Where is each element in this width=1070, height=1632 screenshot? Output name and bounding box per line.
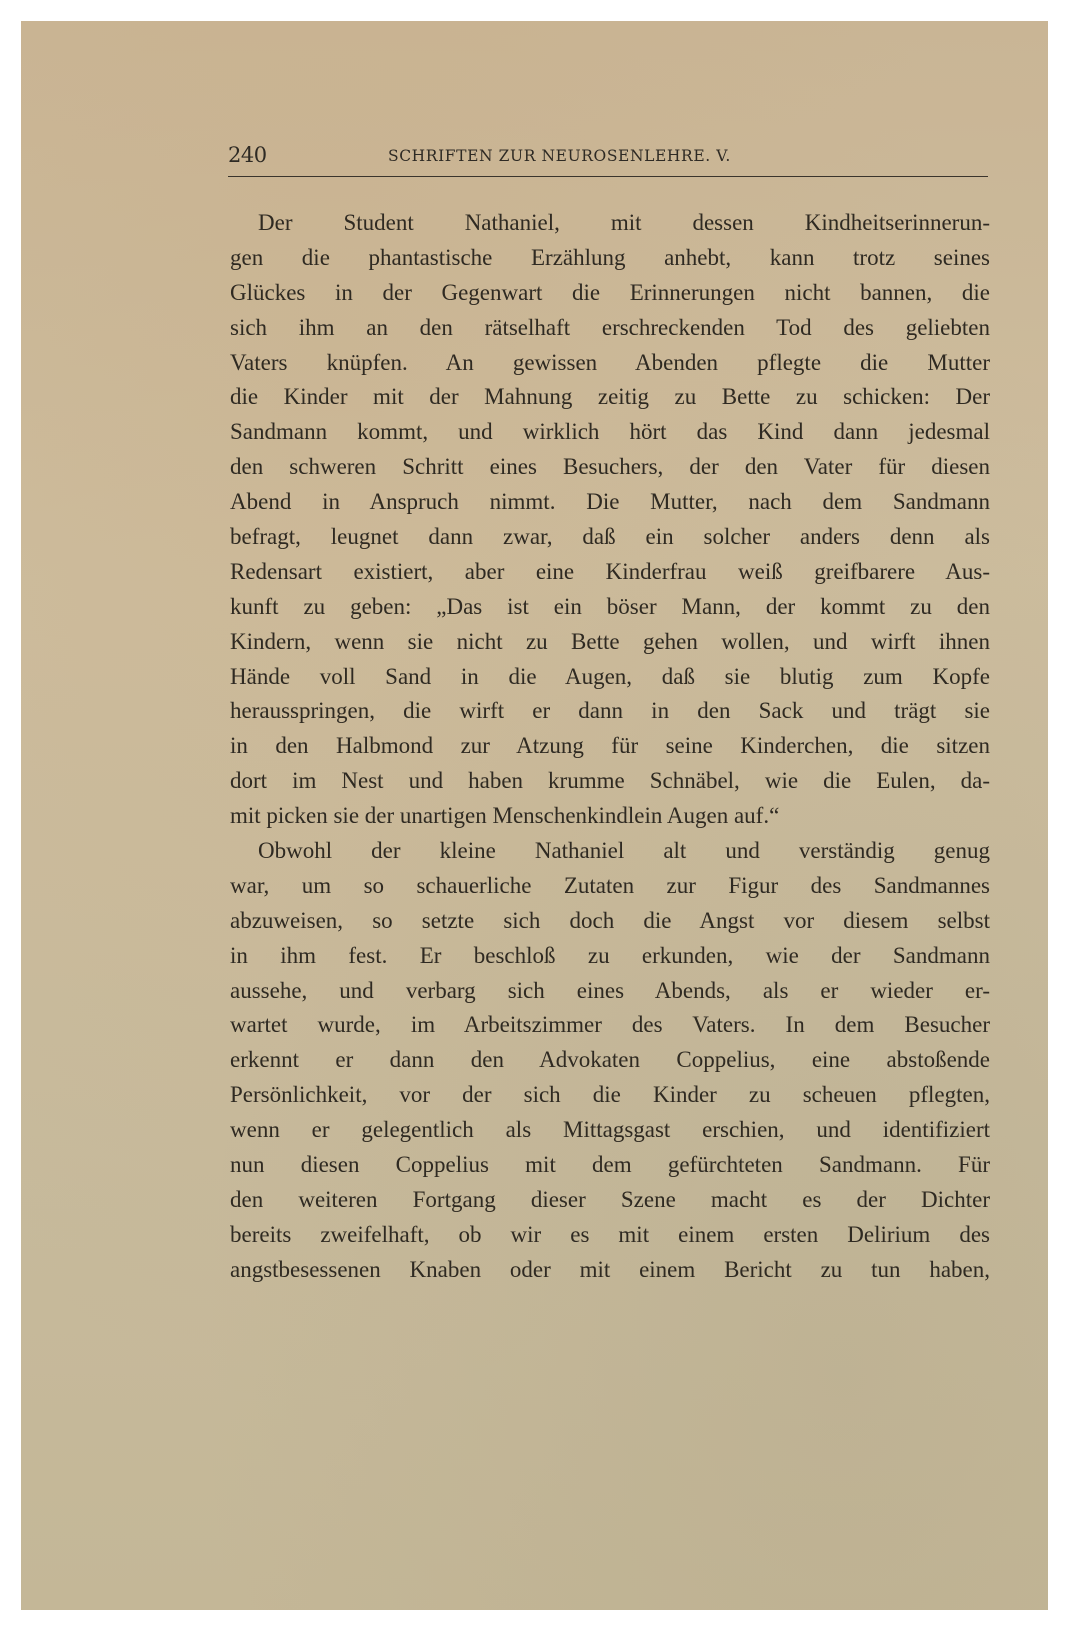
text-line: wenn er gelegentlich als Mittagsgast ers… (230, 1113, 990, 1148)
text-line: war, um so schauerliche Zutaten zur Figu… (230, 869, 990, 904)
text-line: wartet wurde, im Arbeitszimmer des Vater… (230, 1008, 990, 1043)
text-line: den weiteren Fortgang dieser Szene macht… (230, 1183, 990, 1218)
text-line: dort im Nest und haben krumme Schnäbel, … (230, 764, 990, 799)
text-line: befragt, leugnet dann zwar, daß ein solc… (230, 520, 990, 555)
body-text: Der Student Nathaniel, mit dessen Kindhe… (230, 206, 990, 1288)
text-line: Sandmann kommt, und wirklich hört das Ki… (230, 415, 990, 450)
text-line: herausspringen, die wirft er dann in den… (230, 694, 990, 729)
text-line: Persönlichkeit, vor der sich die Kinder … (230, 1078, 990, 1113)
text-line: erkennt er dann den Advokaten Coppelius,… (230, 1043, 990, 1078)
text-line: sich ihm an den rätselhaft erschreckende… (230, 311, 990, 346)
text-line: in den Halbmond zur Atzung für seine Kin… (230, 729, 990, 764)
running-title: SCHRIFTEN ZUR NEUROSENLEHRE. V. (388, 147, 731, 165)
text-line: die Kinder mit der Mahnung zeitig zu Bet… (230, 380, 990, 415)
page-number: 240 (228, 143, 267, 167)
text-line: nun diesen Coppelius mit dem gefürchtete… (230, 1148, 990, 1183)
text-line: Glückes in der Gegenwart die Erinnerunge… (230, 276, 990, 311)
text-line: Der Student Nathaniel, mit dessen Kindhe… (230, 206, 990, 241)
text-line: gen die phantastische Erzählung anhebt, … (230, 241, 990, 276)
text-line: in ihm fest. Er beschloß zu erkunden, wi… (230, 939, 990, 974)
header-rule (228, 176, 988, 177)
text-line: kunft zu geben: „Das ist ein böser Mann,… (230, 590, 990, 625)
book-page: 240 SCHRIFTEN ZUR NEUROSENLEHRE. V. Der … (21, 21, 1048, 1610)
running-head: 240 SCHRIFTEN ZUR NEUROSENLEHRE. V. (228, 143, 988, 173)
text-line: Abend in Anspruch nimmt. Die Mutter, nac… (230, 485, 990, 520)
text-line: bereits zweifelhaft, ob wir es mit einem… (230, 1218, 990, 1253)
text-line: Vaters knüpfen. An gewissen Abenden pfle… (230, 346, 990, 381)
text-line: angstbesessenen Knaben oder mit einem Be… (230, 1253, 990, 1288)
paragraph-1: Der Student Nathaniel, mit dessen Kindhe… (230, 206, 990, 834)
text-line: mit picken sie der unartigen Menschenkin… (230, 799, 990, 834)
text-line: Redensart existiert, aber eine Kinderfra… (230, 555, 990, 590)
text-line: Hände voll Sand in die Augen, daß sie bl… (230, 660, 990, 695)
text-line: aussehe, und verbarg sich eines Abends, … (230, 974, 990, 1009)
paragraph-2: Obwohl der kleine Nathaniel alt und vers… (230, 834, 990, 1288)
text-line: Obwohl der kleine Nathaniel alt und vers… (230, 834, 990, 869)
text-line: den schweren Schritt eines Besuchers, de… (230, 450, 990, 485)
text-line: Kindern, wenn sie nicht zu Bette gehen w… (230, 625, 990, 660)
text-line: abzuweisen, so setzte sich doch die Angs… (230, 904, 990, 939)
